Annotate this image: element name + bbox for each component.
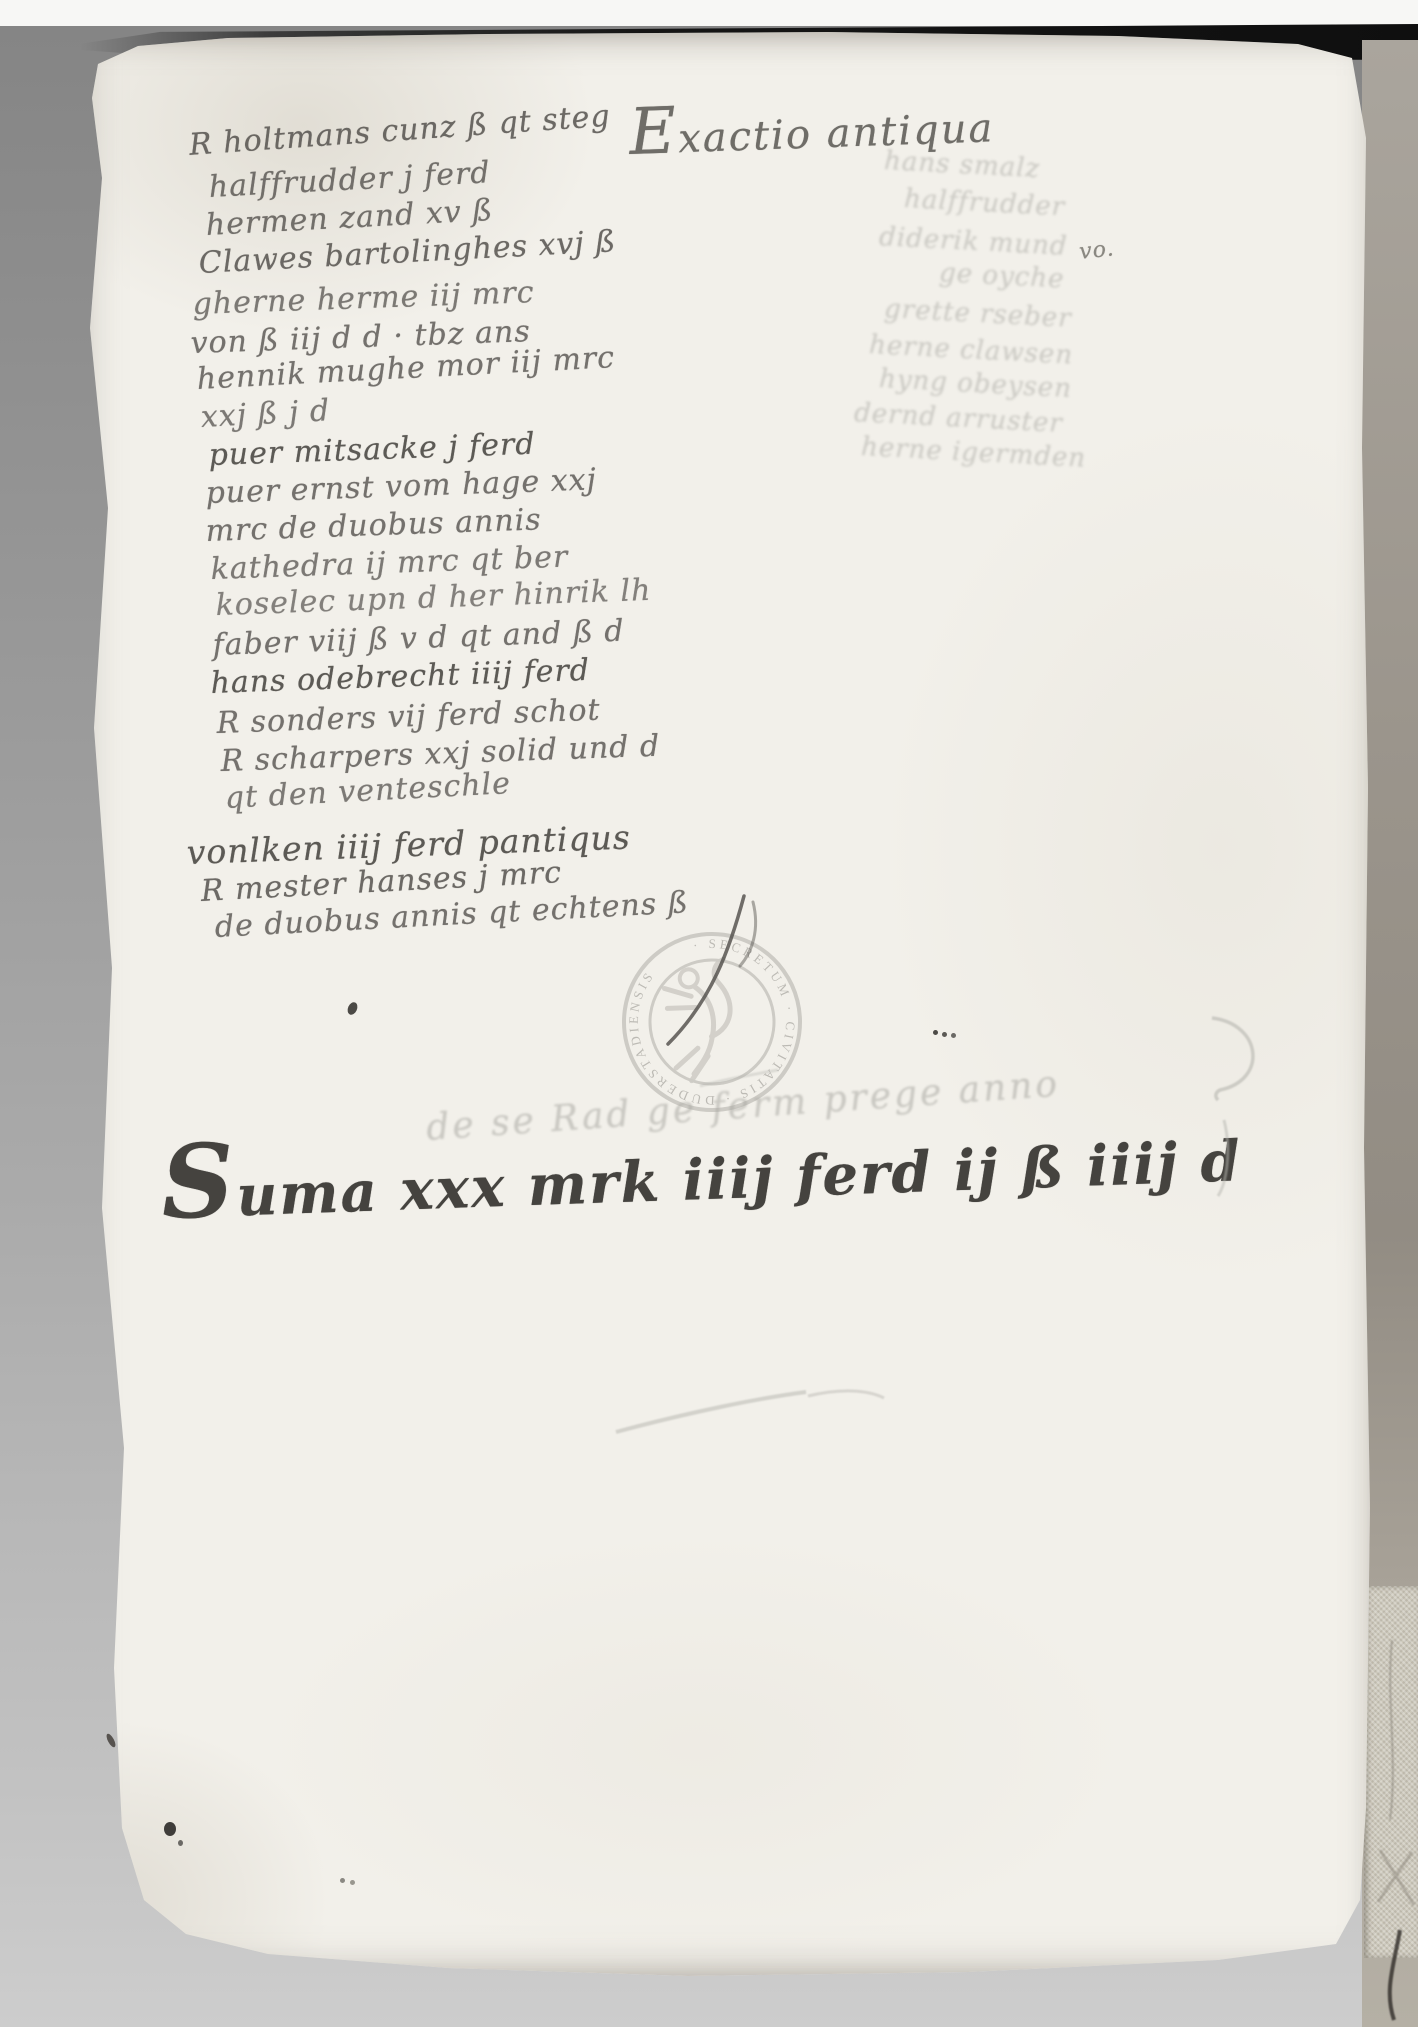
ink-speck [105,1732,117,1748]
binding-fabric [1364,1586,1418,1958]
ink-speck [340,1878,345,1883]
ink-speck [178,1840,183,1846]
scanner-top-strip [0,0,1418,26]
ink-speck [933,1030,938,1035]
ink-speck [164,1822,176,1836]
manuscript-scan: · SECRETUM · CIVITATIS · DUDERSTADIENSIS… [0,0,1418,2027]
